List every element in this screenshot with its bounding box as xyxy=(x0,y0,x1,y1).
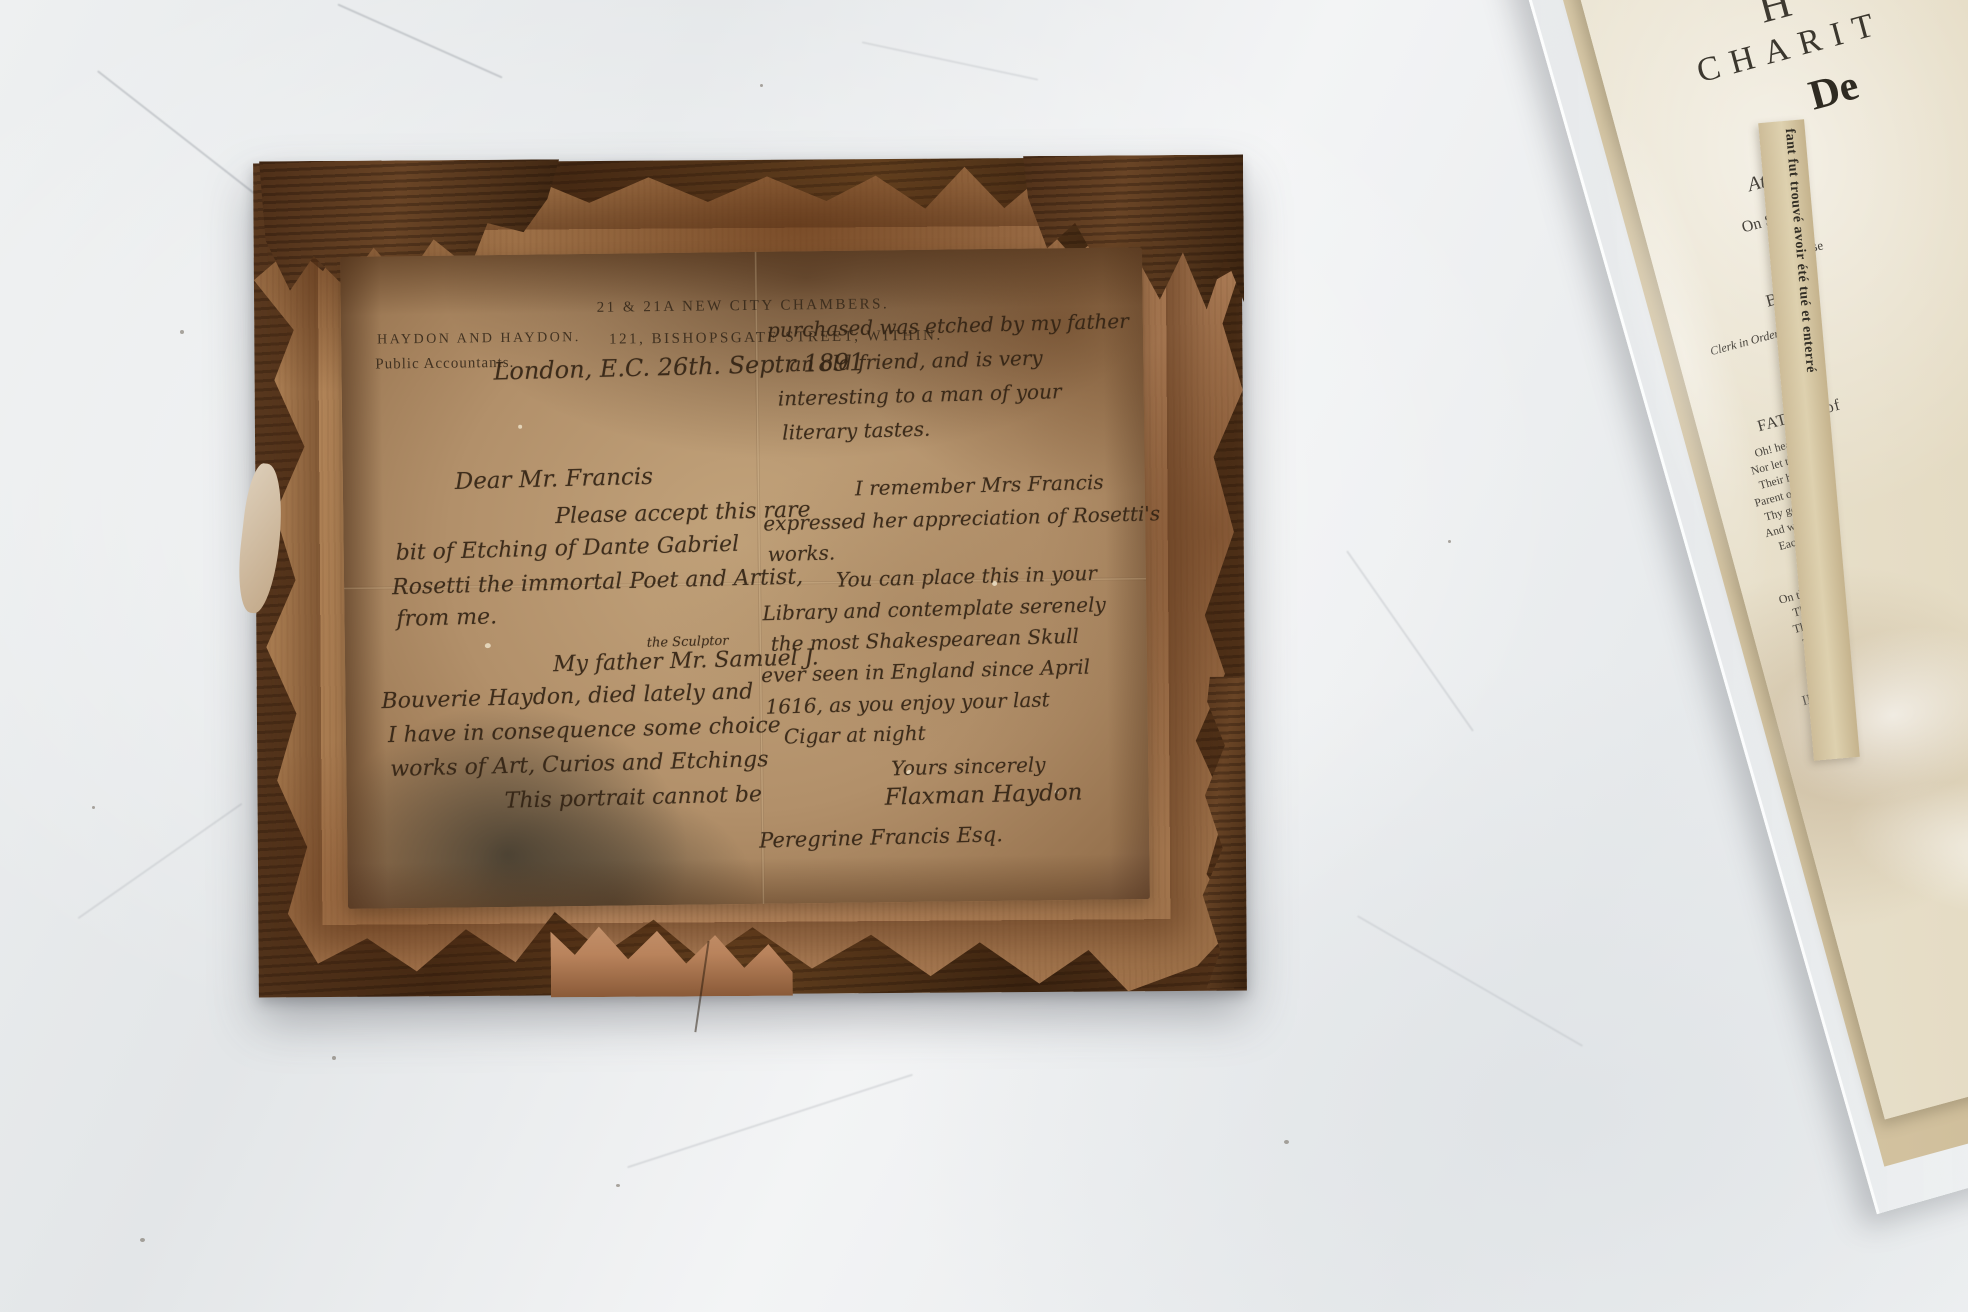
dust-speck xyxy=(1448,540,1451,543)
dust-speck xyxy=(180,330,184,334)
letter-line: bit of Etching of Dante Gabriel xyxy=(395,532,739,566)
letter-line: the most Shakespearean Skull xyxy=(771,624,1080,656)
letter-line: Cigar at night xyxy=(784,721,926,749)
letter-closing: Yours sincerely xyxy=(891,752,1046,780)
letter-line: Bouverie Haydon, died lately and xyxy=(381,679,753,714)
letter-line: expressed her appreciation of Rosetti's xyxy=(763,501,1160,535)
letter-sheet: HAYDON AND HAYDON. Public Accountants. 2… xyxy=(340,247,1150,909)
paper-chip xyxy=(518,425,522,429)
mount-board: HAYDON AND HAYDON. Public Accountants. 2… xyxy=(253,157,1247,998)
letter-line: Rosetti the immortal Poet and Artist, xyxy=(392,564,804,600)
letter-line: interesting to a man of your xyxy=(778,379,1062,410)
dust-speck xyxy=(760,84,763,87)
addressee-line: Peregrine Francis Esq. xyxy=(759,822,1003,852)
letter-line: You can place this in your xyxy=(836,561,1098,592)
letter-line: 1616, as you enjoy your last xyxy=(765,687,1050,718)
letter-line: I have in consequence some choice xyxy=(388,713,781,748)
salutation: Dear Mr. Francis xyxy=(454,464,653,495)
letterhead-address-1: 21 & 21A NEW CITY CHAMBERS. xyxy=(597,296,890,317)
letter-line: works of Art, Curios and Etchings xyxy=(390,747,769,782)
letterhead-company: HAYDON AND HAYDON. xyxy=(377,330,581,348)
dust-speck xyxy=(1284,1140,1289,1144)
pamphlet-blackletter-fragment: De xyxy=(1804,61,1864,120)
letter-line: literary tastes. xyxy=(782,417,931,445)
paper-chip xyxy=(485,643,491,648)
signature: Flaxman Haydon xyxy=(884,780,1082,811)
dust-speck xyxy=(332,1056,336,1060)
dust-speck xyxy=(616,1184,620,1187)
letter-line: works. xyxy=(767,540,835,566)
dust-speck xyxy=(140,1238,145,1242)
letter-line: This portrait cannot be xyxy=(504,782,762,814)
dust-speck xyxy=(92,806,95,809)
letter-line: from me. xyxy=(396,604,497,632)
letter-line: I remember Mrs Francis xyxy=(855,470,1104,501)
letter-line: Library and contemplate serenely xyxy=(762,592,1106,625)
photo-scene: HAYDON AND HAYDON. Public Accountants. 2… xyxy=(0,0,1968,1312)
